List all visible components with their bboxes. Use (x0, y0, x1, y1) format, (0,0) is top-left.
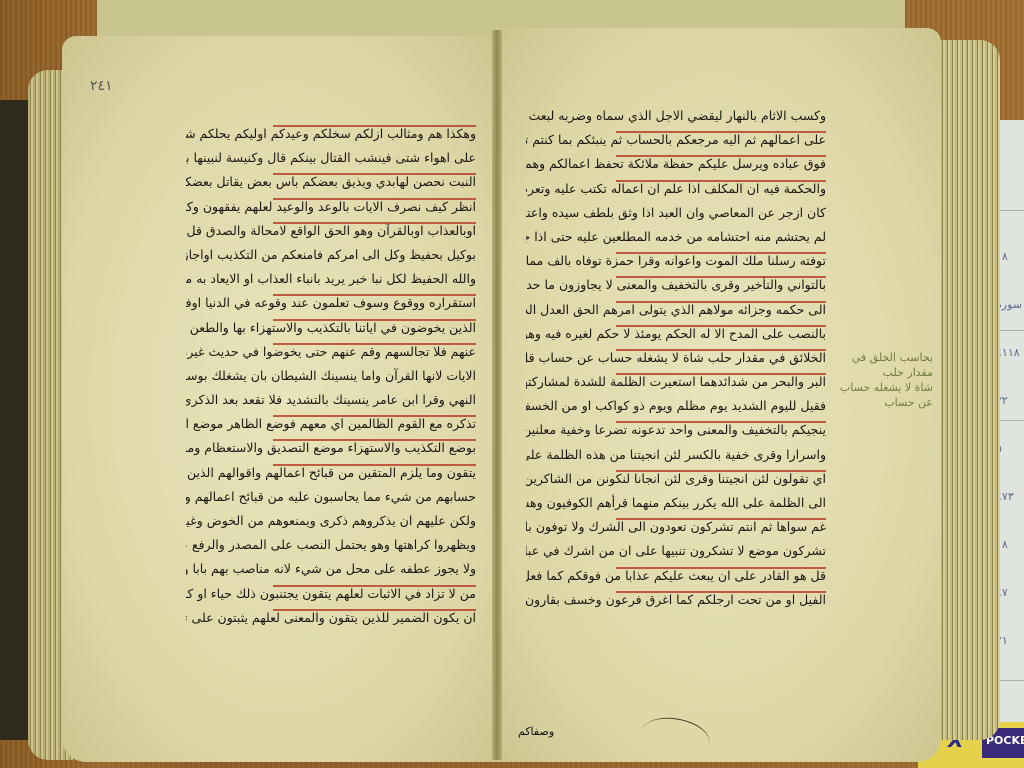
manuscript-line: ان يكون الضمير للذين يتقون والمعنى لعلهم… (186, 606, 476, 630)
manuscript-line: بوضع التكذيب والاستهزاء موضع التصديق وال… (186, 436, 476, 460)
manuscript-line: اي تقولون لئن انجيتنا وقرى لئن انجانا لن… (526, 467, 826, 491)
manuscript-line: وكسب الاثام بالنهار ليقضي الاجل الذي سما… (526, 104, 826, 128)
manuscript-line: واسرارا وقرى خفية بالكسر لئن انجيتنا من … (526, 443, 826, 467)
manuscript-line: تذكره مع القوم الظالمين اي معهم فوضع الظ… (186, 412, 476, 436)
manuscript-line: والحكمة فيه ان المكلف اذا علم ان اعماله … (526, 177, 826, 201)
manuscript-line: فوق عباده ويرسل عليكم حفظة ملائكة تحفظ ا… (526, 152, 826, 176)
marginal-note-line: شاة لا يشغله حساب (838, 380, 933, 395)
manuscript-line: بوكيل بحفيظ وكل الى امركم فامنعكم من الت… (186, 243, 476, 267)
manuscript-line: بالنصب على المدح الا له الحكم يومئذ لا ح… (526, 322, 826, 346)
manuscript-line: ينجيكم بالتخفيف والمعنى واحد تدعونه تضرع… (526, 418, 826, 442)
manuscript-line: تشركون موضع لا تشكرون تنبيها على ان من ا… (526, 539, 826, 563)
page-edges-right (935, 40, 1000, 740)
manuscript-line: عنهم فلا تجالسهم وقم عنهم حتى يخوضوا في … (186, 340, 476, 364)
manuscript-line: والله الحفيظ لكل نبا خبر يريد بانباء الع… (186, 267, 476, 291)
manuscript-line: ولكن عليهم ان يذكروهم ذكرى ويمنعوهم من ا… (186, 509, 476, 533)
manuscript-line: فقيل لليوم الشديد يوم مظلم ويوم ذو كواكب… (526, 394, 826, 418)
manuscript-line: الفيل او من تحت ارجلكم كما اغرق فرعون وخ… (526, 588, 826, 612)
catchword: وصفاكم (518, 725, 554, 738)
manuscript-line: البر والبحر من شدائدهما استعيرت الظلمة ل… (526, 370, 826, 394)
manuscript-line: النهي وقرا ابن عامر ينسينك بالتشديد فلا … (186, 388, 476, 412)
manuscript-line: وهكذا هم ومثالب ازلكم سخلكم وعيدكم اوليك… (186, 122, 476, 146)
manuscript-line: توفته رسلنا ملك الموت واعوانه وقرا حمزة … (526, 249, 826, 273)
manuscript-line: بالتواني والتأخير وقرى بالتخفيف والمعنى … (526, 273, 826, 297)
manuscript-line: لم يحتشم منه احتشامه من خدمه المطلعين عل… (526, 225, 826, 249)
manuscript-line: من لا تزاد في الاثبات لعلهم يتقون يجتنبو… (186, 582, 476, 606)
manuscript-line: الى الظلمة على الله يكرر بينكم منهما قرأ… (526, 491, 826, 515)
right-page-text: وكسب الاثام بالنهار ليقضي الاجل الذي سما… (526, 104, 826, 612)
manuscript-line: على اعمالهم ثم اليه مرجعكم بالحساب ثم ين… (526, 128, 826, 152)
manuscript-line: انظر كيف نصرف الايات بالوعد والوعيد لعله… (186, 195, 476, 219)
manuscript-line: يتقون وما يلزم المتقين من قبائح اعمالهم … (186, 461, 476, 485)
marginal-note-line: يحاسب الخلق في مقدار حلب (838, 350, 933, 380)
manuscript-line: غم سواها ثم انتم تشركون تعودون الى الشرك… (526, 515, 826, 539)
manuscript-line: الايات لانها القرآن واما ينسينك الشيطان … (186, 364, 476, 388)
manuscript-line: ولا يجوز عطفه على محل من شيء لانه مناصب … (186, 557, 476, 581)
folio-number: ٢٤١ (90, 78, 113, 94)
manuscript-line: كان ازجر عن المعاصي وان العبد اذا وثق بل… (526, 201, 826, 225)
manuscript-line: اوبالعذاب اوبالقرآن وهو الحق الواقع لامح… (186, 219, 476, 243)
manuscript-line: الى حكمه وجزائه مولاهم الذي يتولى امرهم … (526, 298, 826, 322)
manuscript-line: استقراره ووقوع وسوف تعلمون عند وقوعه في … (186, 291, 476, 315)
manuscript-line: قل هو القادر على ان يبعث عليكم عذابا من … (526, 564, 826, 588)
marginal-note: يحاسب الخلق في مقدار حلبشاة لا يشغله حسا… (838, 350, 933, 410)
manuscript-line: الخلائق في مقدار حلب شاة لا يشغله حساب ع… (526, 346, 826, 370)
left-page-text: وهكذا هم ومثالب ازلكم سخلكم وعيدكم اوليك… (186, 122, 476, 630)
manuscript-line: على اهواء شتى فينشب القتال بينكم قال وكن… (186, 146, 476, 170)
manuscript-line: ويظهروا كراهتها وهو يحتمل النصب على المص… (186, 533, 476, 557)
manuscript-line: الذين يخوضون في اياتنا بالتكذيب والاستهز… (186, 316, 476, 340)
book-cover (0, 100, 30, 740)
marginal-note-line: عن حساب (838, 395, 933, 410)
manuscript-line: النبت نحصن لهابدي ويذيق بعضكم باس بعض يق… (186, 170, 476, 194)
book-gutter (492, 30, 502, 760)
manuscript-line: حسابهم من شيء مما يحاسبون عليه من قبائح … (186, 485, 476, 509)
